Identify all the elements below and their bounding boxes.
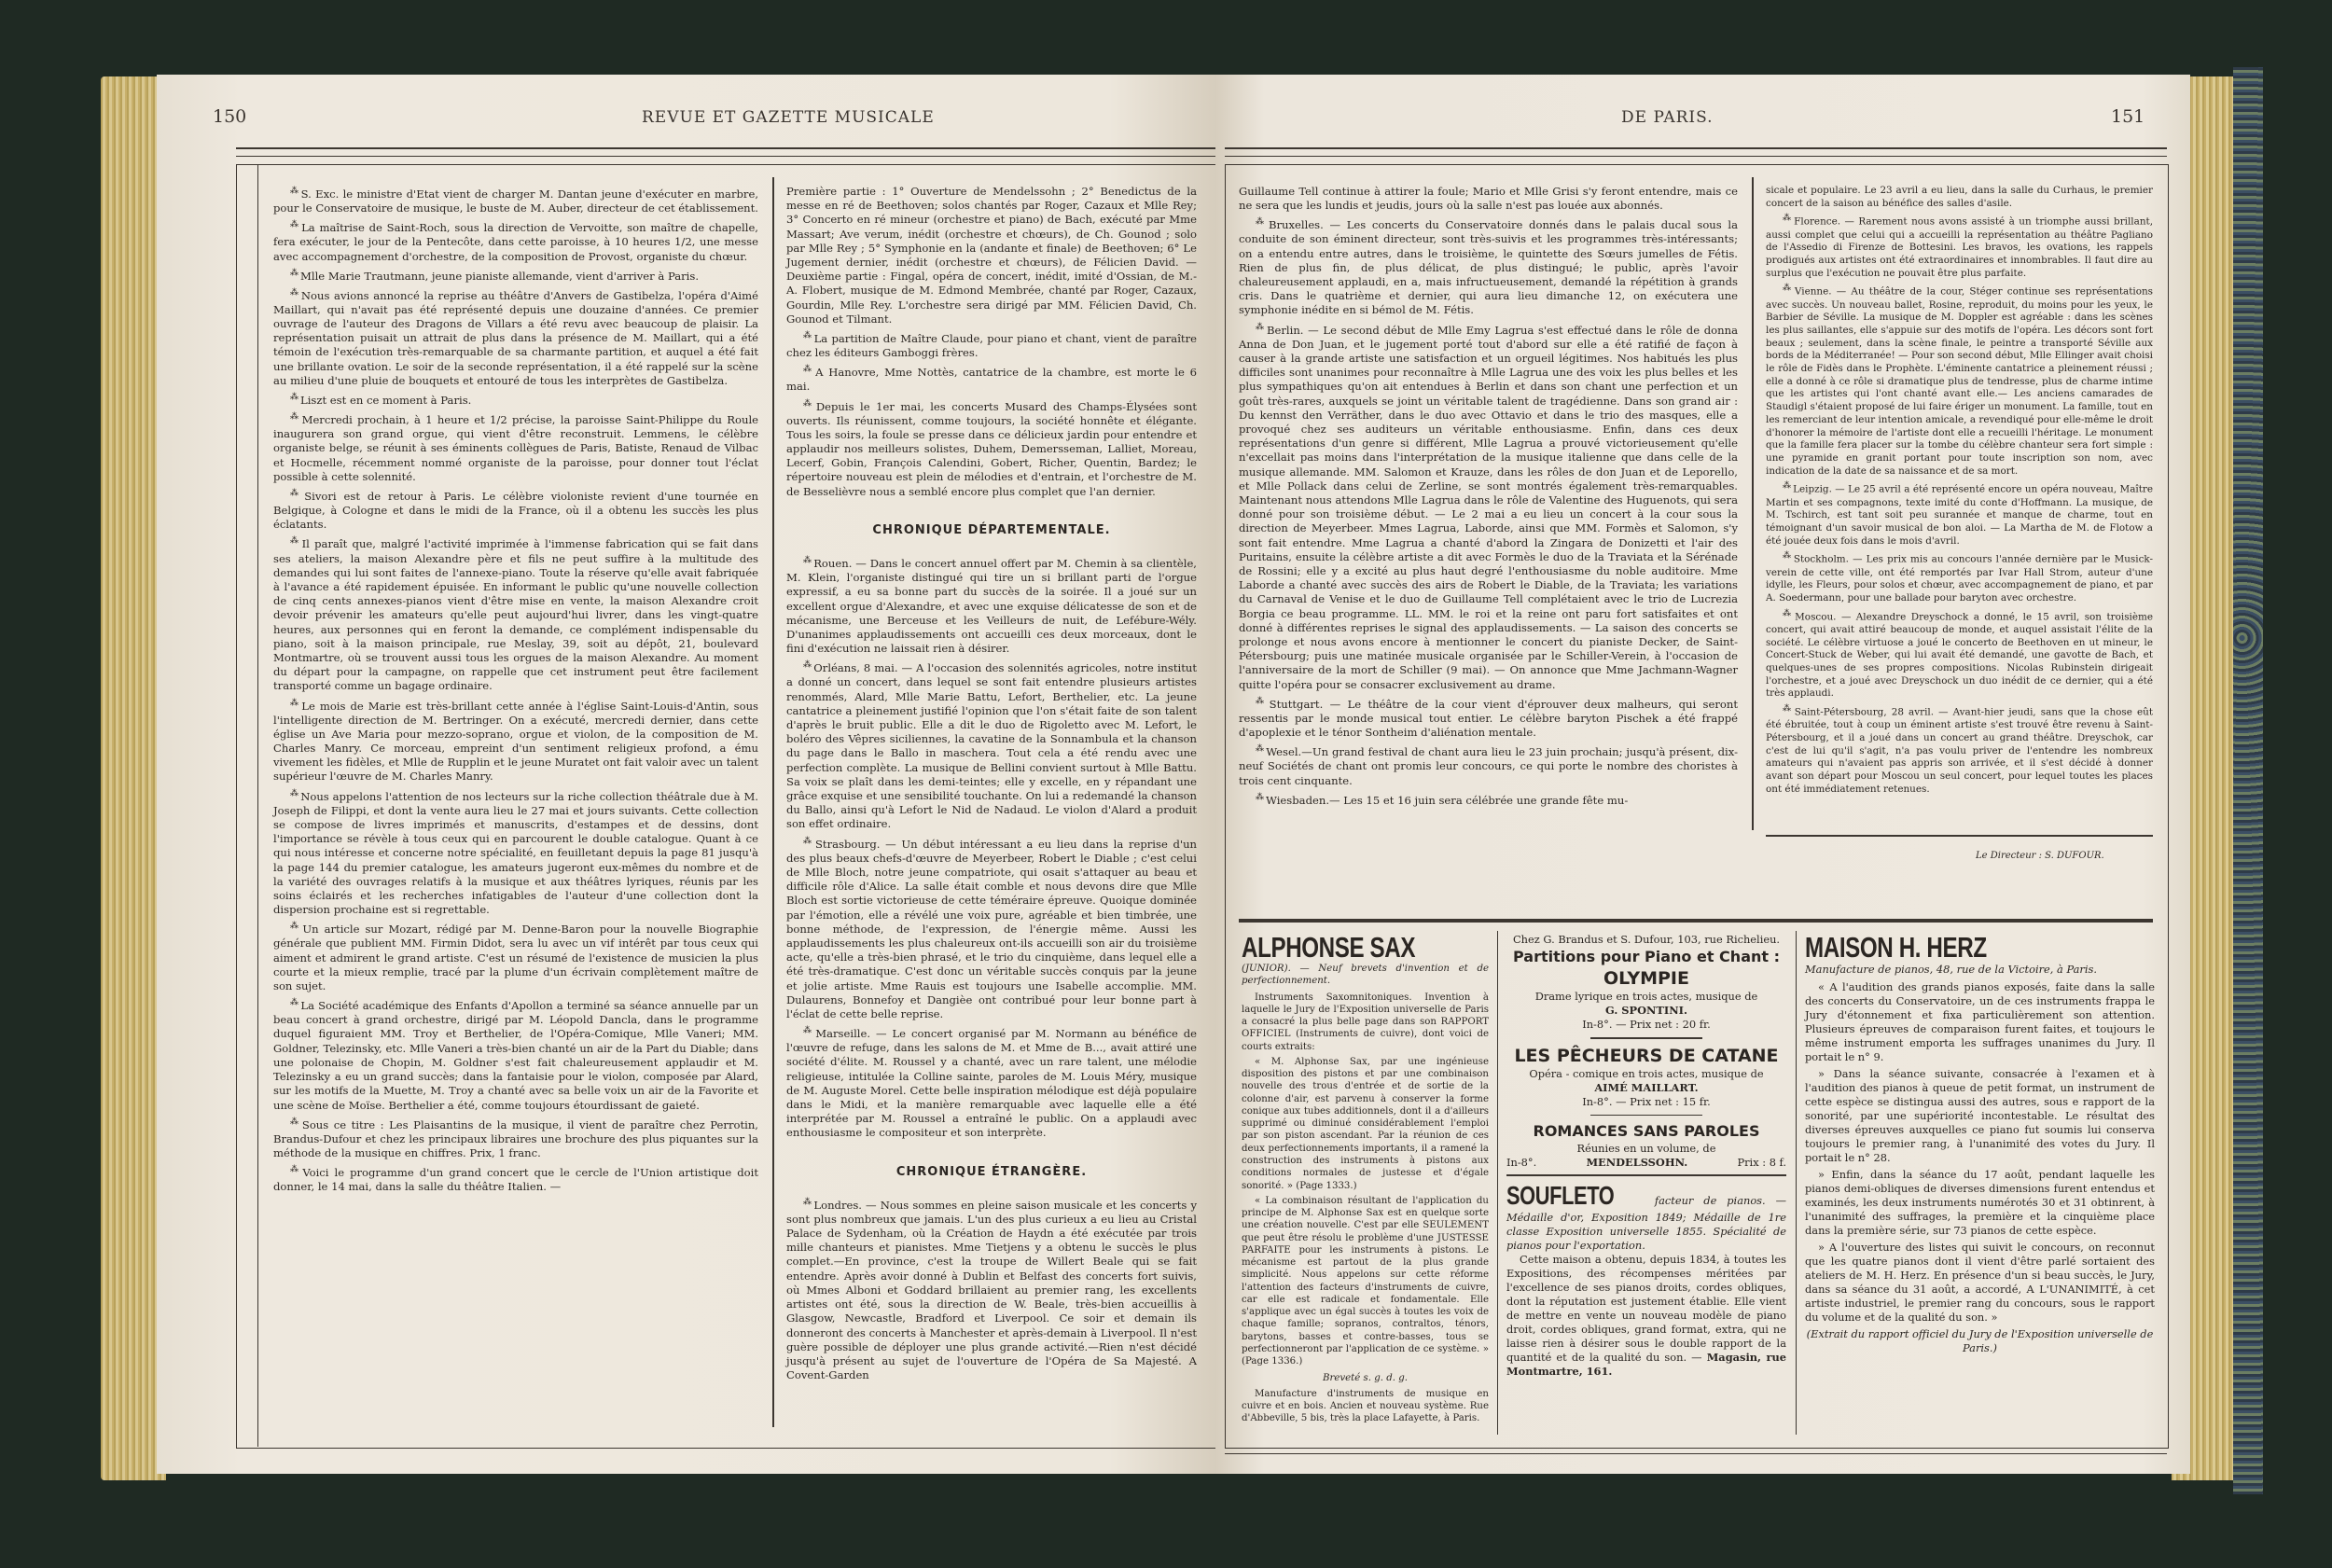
article-paragraph: ⁂La Société académique des Enfants d'Apo… xyxy=(273,996,758,1112)
article-text: Orléans, 8 mai. — A l'occasion des solen… xyxy=(786,661,1197,830)
asterism-icon: ⁂ xyxy=(1256,217,1267,227)
article-paragraph: ⁂S. Exc. le ministre d'Etat vient de cha… xyxy=(273,185,758,215)
article-paragraph: ⁂Nous avions annoncé la reprise au théât… xyxy=(273,286,758,388)
left-page: 150 REVUE ET GAZETTE MUSICALE ⁂S. Exc. l… xyxy=(157,75,1215,1474)
ad-soufleto-body: Cette maison a obtenu, depuis 1834, à to… xyxy=(1506,1253,1786,1379)
article-text: Moscou. — Alexandre Dreyschock a donné, … xyxy=(1766,611,2153,699)
article-text: Le mois de Marie est très-brillant cette… xyxy=(273,699,758,783)
separator xyxy=(1590,1115,1702,1117)
article-paragraph: ⁂Moscou. — Alexandre Dreyschock a donné,… xyxy=(1766,608,2153,701)
article-text: Mlle Marie Trautmann, jeune pianiste all… xyxy=(300,270,699,283)
asterism-icon: ⁂ xyxy=(1783,551,1792,561)
article-text: Nous appelons l'attention de nos lecteur… xyxy=(273,790,758,917)
work-romances-composer: MENDELSSOHN. xyxy=(1586,1156,1687,1170)
ad-sax-p1: Instruments Saxomnitoniques. Invention à… xyxy=(1242,992,1489,1053)
work-pecheurs-desc: Opéra - comique en trois actes, musique … xyxy=(1506,1067,1786,1081)
article-text: Wesel.—Un grand festival de chant aura l… xyxy=(1239,745,1738,786)
asterism-icon: ⁂ xyxy=(290,998,298,1007)
article-text: Rouen. — Dans le concert annuel offert p… xyxy=(786,557,1197,655)
asterism-icon: ⁂ xyxy=(290,536,300,546)
article-paragraph: ⁂Sivori est de retour à Paris. Le célèbr… xyxy=(273,487,758,532)
ad-herz-source: (Extrait du rapport officiel du Jury de … xyxy=(1805,1327,2155,1355)
article-paragraph: ⁂Nous appelons l'attention de nos lecteu… xyxy=(273,787,758,918)
running-head: DE PARIS. xyxy=(1621,108,1714,127)
article-paragraph: ⁂Mercredi prochain, à 1 heure et 1/2 pré… xyxy=(273,410,758,484)
article-paragraph: ⁂Vienne. — Au théâtre de la cour, Stéger… xyxy=(1766,283,2153,478)
right-column-2: sicale et populaire. Le 23 avril a eu li… xyxy=(1766,185,2153,819)
article-paragraph: ⁂A Hanovre, Mme Nottès, cantatrice de la… xyxy=(786,363,1197,394)
top-rule xyxy=(236,147,1215,149)
article-text: Mercredi prochain, à 1 heure et 1/2 préc… xyxy=(273,413,758,483)
marbled-cover xyxy=(2233,67,2263,1494)
article-paragraph: ⁂La maîtrise de Saint-Roch, sous la dire… xyxy=(273,218,758,263)
work-olympie-price: In-8°. — Prix net : 20 fr. xyxy=(1506,1018,1786,1032)
column-divider xyxy=(772,177,774,1427)
asterism-icon: ⁂ xyxy=(1783,704,1793,714)
article-text: Stockholm. — Les prix mis au concours l'… xyxy=(1766,554,2153,604)
ad-sax-name: ALPHONSE SAX xyxy=(1242,933,1415,963)
article-paragraph: ⁂Stuttgart. — Le théâtre de la cour vien… xyxy=(1239,695,1738,740)
ad-brandus: Chez G. Brandus et S. Dufour, 103, rue R… xyxy=(1506,933,1786,1381)
asterism-icon: ⁂ xyxy=(803,365,813,374)
asterism-icon: ⁂ xyxy=(290,412,300,422)
page-number: 151 xyxy=(2111,106,2145,127)
work-olympie-composer: G. SPONTINI. xyxy=(1506,1004,1786,1018)
article-text: Vienne. — Au théâtre de la cour, Stéger … xyxy=(1766,286,2153,477)
frame-inner-rule xyxy=(257,164,258,1447)
article-paragraph: ⁂Le mois de Marie est très-brillant cett… xyxy=(273,697,758,784)
ad-divider-2 xyxy=(1796,931,1797,1435)
right-column-1: Guillaume Tell continue à attirer la fou… xyxy=(1239,185,1738,856)
top-rule-thin xyxy=(236,156,1215,157)
ad-sax-footer: Manufacture d'instruments de musique en … xyxy=(1242,1388,1489,1425)
asterism-icon: ⁂ xyxy=(290,269,298,278)
open-book: 150 REVUE ET GAZETTE MUSICALE ⁂S. Exc. l… xyxy=(101,67,2237,1494)
article-text: Florence. — Rarement nous avons assisté … xyxy=(1766,216,2153,279)
article-paragraph: ⁂Rouen. — Dans le concert annuel offert … xyxy=(786,554,1197,656)
article-text: La maîtrise de Saint-Roch, sous la direc… xyxy=(273,221,758,262)
article-paragraph: ⁂Marseille. — Le concert organisé par M.… xyxy=(786,1024,1197,1140)
separator xyxy=(1590,1037,1702,1039)
article-text: Berlin. — Le second début de Mlle Emy La… xyxy=(1239,324,1738,691)
asterism-icon: ⁂ xyxy=(290,288,299,298)
asterism-icon: ⁂ xyxy=(1256,323,1265,332)
asterism-icon: ⁂ xyxy=(290,699,299,708)
article-paragraph: Guillaume Tell continue à attirer la fou… xyxy=(1239,185,1738,213)
work-pecheurs-composer: AIMÉ MAILLART. xyxy=(1506,1081,1786,1095)
article-paragraph: ⁂Il paraît que, malgré l'activité imprim… xyxy=(273,534,758,693)
asterism-icon: ⁂ xyxy=(290,489,302,498)
article-text: Londres. — Nous sommes en pleine saison … xyxy=(786,1199,1197,1381)
asterism-icon: ⁂ xyxy=(290,1165,300,1174)
article-paragraph: ⁂Strasbourg. — Un début intéressant a eu… xyxy=(786,835,1197,1022)
ad-herz-p3: » Enfin, dans la séance du 17 août, pend… xyxy=(1805,1168,2155,1238)
article-text: Strasbourg. — Un début intéressant a eu … xyxy=(786,837,1197,1020)
asterism-icon: ⁂ xyxy=(803,660,812,670)
signature-rule xyxy=(1766,835,2153,837)
asterism-icon: ⁂ xyxy=(803,837,813,846)
ad-brandus-publisher: Chez G. Brandus et S. Dufour, 103, rue R… xyxy=(1506,933,1786,947)
left-column-2: Première partie : 1° Ouverture de Mendel… xyxy=(786,185,1197,1435)
article-paragraph: ⁂Bruxelles. — Les concerts du Conservato… xyxy=(1239,215,1738,317)
work-romances-desc: Réunies en un volume, de xyxy=(1506,1142,1786,1156)
director-signature: Le Directeur : S. DUFOUR. xyxy=(1976,851,2104,861)
article-text: Un article sur Mozart, rédigé par M. Den… xyxy=(273,923,758,992)
article-text: Guillaume Tell continue à attirer la fou… xyxy=(1239,185,1738,212)
top-rule-thin xyxy=(1225,156,2167,157)
article-text: Saint-Pétersbourg, 28 avril. — Avant-hie… xyxy=(1766,707,2153,795)
asterism-icon: ⁂ xyxy=(1256,697,1268,706)
right-page: DE PARIS. 151 Guillaume Tell continue à … xyxy=(1215,75,2190,1474)
article-text: La partition de Maître Claude, pour pian… xyxy=(786,332,1197,359)
ad-brandus-heading: Partitions pour Piano et Chant : xyxy=(1506,947,1786,967)
article-text: A Hanovre, Mme Nottès, cantatrice de la … xyxy=(786,366,1197,393)
article-paragraph: ⁂Wiesbaden.— Les 15 et 16 juin sera célé… xyxy=(1239,791,1738,808)
asterism-icon: ⁂ xyxy=(290,789,298,798)
asterism-icon: ⁂ xyxy=(1783,481,1791,491)
page-number: 150 xyxy=(213,106,246,127)
ad-herz-name: MAISON H. HERZ xyxy=(1805,933,1987,963)
ad-herz-p1: « A l'audition des grands pianos exposés… xyxy=(1805,980,2155,1064)
article-paragraph: ⁂Londres. — Nous sommes en pleine saison… xyxy=(786,1196,1197,1383)
asterism-icon: ⁂ xyxy=(290,1117,300,1127)
asterism-icon: ⁂ xyxy=(1256,793,1264,802)
article-paragraph: ⁂Orléans, 8 mai. — A l'occasion des sole… xyxy=(786,659,1197,831)
article-text: Voici le programme d'un grand concert qu… xyxy=(273,1166,758,1193)
ad-maison-herz: MAISON H. HERZ Manufacture de pianos, 48… xyxy=(1805,933,2155,1355)
bottom-rule xyxy=(1225,1453,2167,1454)
asterism-icon: ⁂ xyxy=(290,922,300,931)
work-pecheurs-title: LES PÊCHEURS DE CATANE xyxy=(1506,1045,1786,1067)
article-text: Bruxelles. — Les concerts du Conservatoi… xyxy=(1239,218,1738,316)
asterism-icon: ⁂ xyxy=(803,556,812,565)
ad-soufleto-body-text: Cette maison a obtenu, depuis 1834, à to… xyxy=(1506,1253,1786,1364)
article-paragraph: ⁂Sous ce titre : Les Plaisantins de la m… xyxy=(273,1116,758,1160)
article-text: Sous ce titre : Les Plaisantins de la mu… xyxy=(273,1118,758,1159)
work-olympie-title: OLYMPIE xyxy=(1506,967,1786,990)
work-olympie-desc: Drame lyrique en trois actes, musique de xyxy=(1506,990,1786,1004)
article-text: sicale et populaire. Le 23 avril a eu li… xyxy=(1766,185,2153,209)
article-paragraph: ⁂Stockholm. — Les prix mis au concours l… xyxy=(1766,550,2153,604)
article-paragraph: ⁂La partition de Maître Claude, pour pia… xyxy=(786,329,1197,360)
ad-sax-p2: « M. Alphonse Sax, par une ingénieuse di… xyxy=(1242,1056,1489,1192)
article-text: Sivori est de retour à Paris. Le célèbre… xyxy=(273,490,758,531)
ad-sax-tag: (JUNIOR). — Neuf brevets d'invention et … xyxy=(1242,963,1489,988)
article-text: Première partie : 1° Ouverture de Mendel… xyxy=(786,185,1197,326)
article-paragraph: ⁂Depuis le 1er mai, les concerts Musard … xyxy=(786,397,1197,499)
asterism-icon: ⁂ xyxy=(803,1026,813,1035)
running-head: REVUE ET GAZETTE MUSICALE xyxy=(642,108,935,127)
work-romances-format: In-8°. xyxy=(1506,1156,1536,1170)
article-paragraph: ⁂Mlle Marie Trautmann, jeune pianiste al… xyxy=(273,267,758,284)
asterism-icon: ⁂ xyxy=(1783,284,1793,293)
ad-alphonse-sax: ALPHONSE SAX (JUNIOR). — Neuf brevets d'… xyxy=(1242,933,1489,1428)
article-text: Stuttgart. — Le théâtre de la cour vient… xyxy=(1239,698,1738,739)
asterism-icon: ⁂ xyxy=(803,399,814,409)
ad-soufleto-name: SOUFLETO xyxy=(1506,1181,1614,1211)
asterism-icon: ⁂ xyxy=(1256,744,1264,754)
section-title: CHRONIQUE ÉTRANGÈRE. xyxy=(786,1165,1197,1179)
column-divider xyxy=(1752,177,1754,830)
ad-divider-1 xyxy=(1497,931,1498,1435)
article-text: Wiesbaden.— Les 15 et 16 juin sera céléb… xyxy=(1266,794,1628,807)
ad-sax-p3: « La combinaison résultant de l'applicat… xyxy=(1242,1195,1489,1368)
ad-soufleto: SOUFLETO facteur de pianos. — Médaille d… xyxy=(1506,1181,1786,1379)
asterism-icon: ⁂ xyxy=(1783,214,1792,223)
article-paragraph: ⁂Saint-Pétersbourg, 28 avril. — Avant-hi… xyxy=(1766,703,2153,796)
article-paragraph: ⁂Berlin. — Le second début de Mlle Emy L… xyxy=(1239,321,1738,692)
article-paragraph: ⁂Wesel.—Un grand festival de chant aura … xyxy=(1239,742,1738,787)
article-paragraph: ⁂Voici le programme d'un grand concert q… xyxy=(273,1163,758,1194)
top-rule xyxy=(1225,147,2167,149)
ads-rule xyxy=(1239,919,2153,923)
asterism-icon: ⁂ xyxy=(1783,609,1793,618)
asterism-icon: ⁂ xyxy=(803,331,812,340)
section-title: CHRONIQUE DÉPARTEMENTALE. xyxy=(786,523,1197,537)
article-paragraph: ⁂Un article sur Mozart, rédigé par M. De… xyxy=(273,920,758,993)
work-romances-price: Prix : 8 f. xyxy=(1737,1156,1786,1170)
article-text: Nous avions annoncé la reprise au théâtr… xyxy=(273,289,758,387)
article-text: Depuis le 1er mai, les concerts Musard d… xyxy=(786,399,1197,497)
asterism-icon: ⁂ xyxy=(290,393,298,402)
work-pecheurs-price: In-8°. — Prix net : 15 fr. xyxy=(1506,1095,1786,1109)
article-text: La Société académique des Enfants d'Apol… xyxy=(273,999,758,1111)
article-text: Marseille. — Le concert organisé par M. … xyxy=(786,1027,1197,1139)
article-text: Il paraît que, malgré l'activité imprimé… xyxy=(273,537,758,692)
article-paragraph: ⁂Florence. — Rarement nous avons assisté… xyxy=(1766,213,2153,280)
article-text: Leipzig. — Le 25 avril a été représenté … xyxy=(1766,484,2153,547)
separator xyxy=(1506,1174,1786,1176)
article-paragraph: ⁂Liszt est en ce moment à Paris. xyxy=(273,391,758,408)
ad-herz-tag: Manufacture de pianos, 48, rue de la Vic… xyxy=(1805,963,2155,977)
ad-herz-p4: » A l'ouverture des listes qui suivit le… xyxy=(1805,1241,2155,1325)
article-paragraph: Première partie : 1° Ouverture de Mendel… xyxy=(786,185,1197,326)
asterism-icon: ⁂ xyxy=(803,1198,812,1207)
asterism-icon: ⁂ xyxy=(290,187,299,196)
article-text: S. Exc. le ministre d'Etat vient de char… xyxy=(273,187,758,215)
article-paragraph: sicale et populaire. Le 23 avril a eu li… xyxy=(1766,185,2153,210)
ad-sax-brevete: Breveté s. g. d. g. xyxy=(1242,1372,1489,1384)
article-text: Liszt est en ce moment à Paris. xyxy=(300,394,471,407)
article-paragraph: ⁂Leipzig. — Le 25 avril a été représenté… xyxy=(1766,480,2153,548)
asterism-icon: ⁂ xyxy=(290,220,299,229)
work-romances-title: ROMANCES SANS PAROLES xyxy=(1506,1121,1786,1142)
left-column-1: ⁂S. Exc. le ministre d'Etat vient de cha… xyxy=(273,185,758,1435)
ad-herz-p2: » Dans la séance suivante, consacrée à l… xyxy=(1805,1067,2155,1165)
